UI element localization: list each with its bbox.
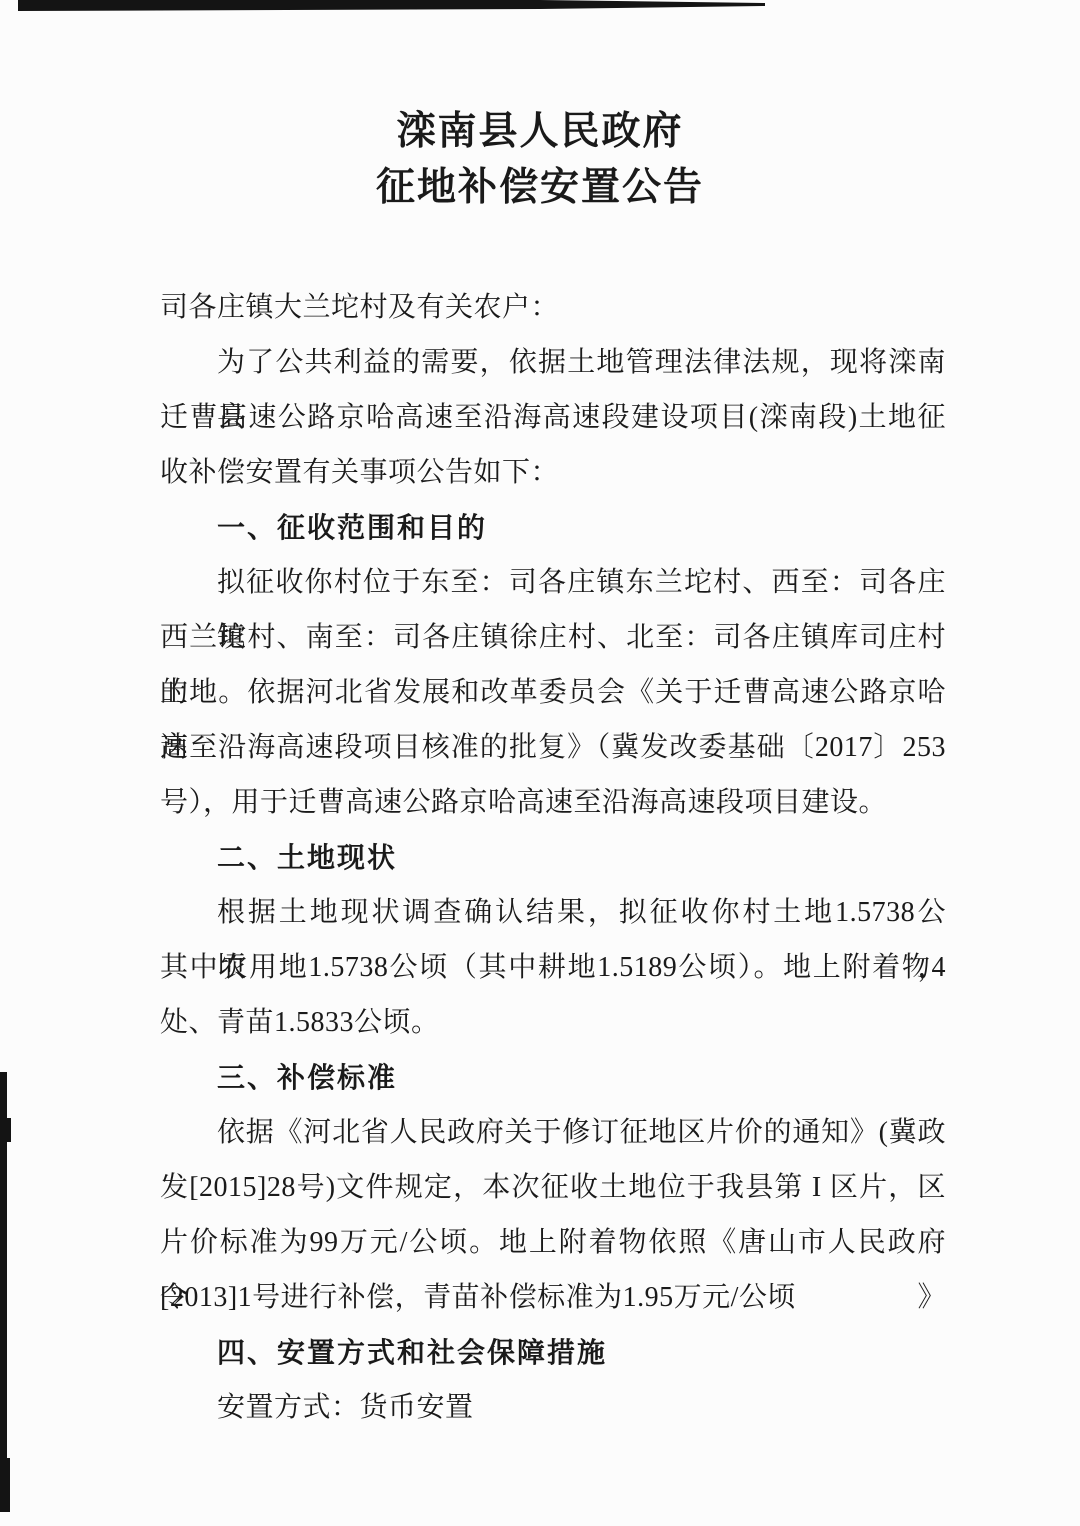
section-heading-2: 二、土地现状 [160, 830, 946, 885]
document-body: 司各庄镇大兰坨村及有关农户： 为了公共利益的需要，依据土地管理法律法规，现将滦南… [160, 280, 946, 1435]
salutation-line: 司各庄镇大兰坨村及有关农户： [160, 280, 946, 335]
doc-line: 发[2015]28号)文件规定，本次征收土地位于我县第 I 区片，区 [160, 1160, 946, 1215]
doc-line: 根据土地现状调查确认结果，拟征收你村土地1.5738公顷， [160, 885, 946, 940]
title-line-subject: 征地补偿安置公告 [0, 160, 1080, 216]
doc-line: 安置方式：货币安置 [160, 1380, 946, 1435]
doc-line: 拟征收你村位于东至：司各庄镇东兰坨村、西至：司各庄镇 [160, 555, 946, 610]
doc-line: 迁曹高速公路京哈高速至沿海高速段建设项目(滦南段)土地征 [160, 390, 946, 445]
scan-artifact-top-bar [0, 0, 770, 12]
title-line-issuer: 滦南县人民政府 [0, 104, 1080, 160]
scan-artifact-left-foot [0, 1458, 10, 1512]
section-heading-1: 一、征收范围和目的 [160, 500, 946, 555]
doc-line: 为了公共利益的需要，依据土地管理法律法规，现将滦南县 [160, 335, 946, 390]
doc-line: 收补偿安置有关事项公告如下： [160, 445, 946, 500]
doc-line: 片价标准为99万元/公顷。地上附着物依照《唐山市人民政府令》 [160, 1215, 946, 1270]
doc-line: 处、青苗1.5833公顷。 [160, 995, 946, 1050]
scanned-notice-page: 滦南县人民政府 征地补偿安置公告 司各庄镇大兰坨村及有关农户： 为了公共利益的需… [0, 0, 1080, 1526]
scan-artifact-left-notch [0, 1118, 11, 1142]
doc-line: 号），用于迁曹高速公路京哈高速至沿海高速段项目建设。 [160, 775, 946, 830]
document-title: 滦南县人民政府 征地补偿安置公告 [0, 104, 1080, 216]
doc-line: 速至沿海高速段项目核准的批复》（冀发改委基础〔2017〕253 [160, 720, 946, 775]
doc-line: 其中农用地1.5738公顷（其中耕地1.5189公顷）。地上附着物4 [160, 940, 946, 995]
section-heading-3: 三、补偿标准 [160, 1050, 946, 1105]
section-heading-4: 四、安置方式和社会保障措施 [160, 1325, 946, 1380]
doc-line: 依据《河北省人民政府关于修订征地区片价的通知》(冀政 [160, 1105, 946, 1160]
doc-line: 土地。依据河北省发展和改革委员会《关于迁曹高速公路京哈高 [160, 665, 946, 720]
doc-line: 西兰坨村、南至：司各庄镇徐庄村、北至：司各庄镇库司庄村的 [160, 610, 946, 665]
